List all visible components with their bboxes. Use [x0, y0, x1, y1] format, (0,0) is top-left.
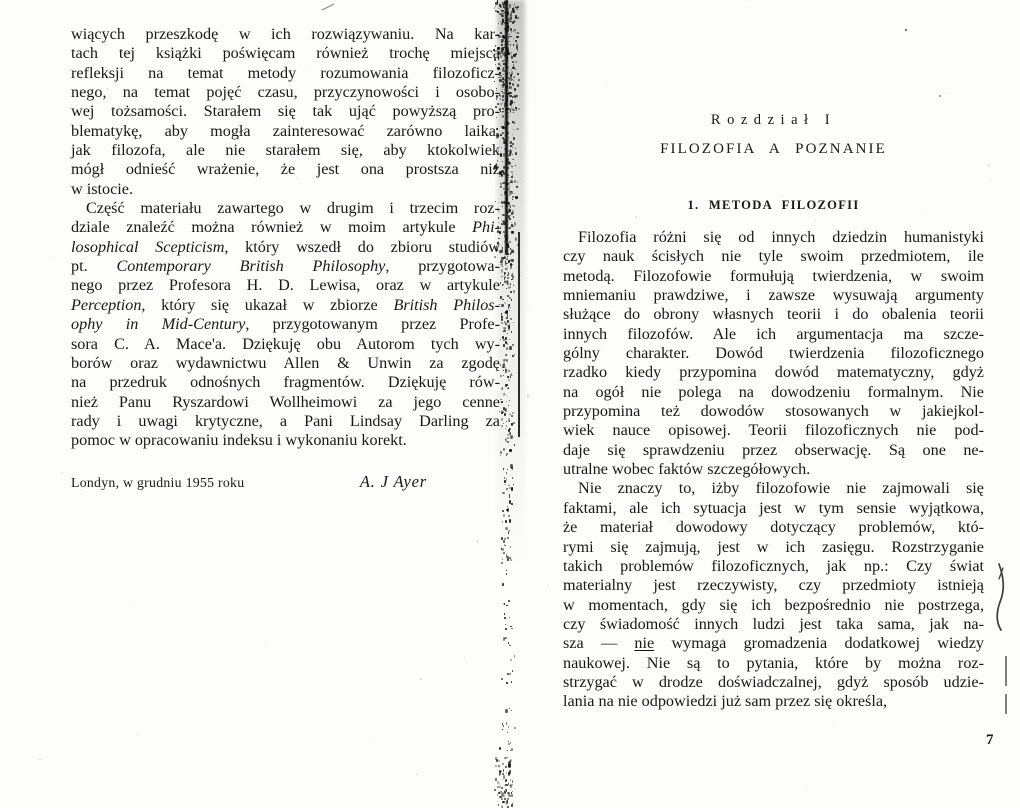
text-line: mniemaniu prawdziwe, i zawsze wysuwają a… — [563, 286, 984, 305]
text-line: że materiał dowodowy dotyczący problemów… — [563, 518, 984, 537]
section-heading: 1. METODA FILOZOFII — [563, 198, 984, 213]
margin-curve-flick — [999, 568, 1003, 579]
text-line: ophy in Mid-Century, przygotowanym przez… — [71, 315, 500, 334]
italic-title-text: Phi- — [472, 218, 500, 236]
paragraph: wiących przeszkodę w ich rozwiązywaniu. … — [71, 25, 500, 199]
text-line: sza — nie wymaga gromadzenia dodatkowej … — [563, 634, 984, 653]
text-segment: , który się ukazał w zbiorze — [141, 296, 393, 314]
text-line: pt. Contemporary British Philosophy, prz… — [71, 257, 500, 276]
text-line: naukowej. Nie są to pytania, które by mo… — [563, 654, 984, 673]
book-scan-spread: wiących przeszkodę w ich rozwiązywaniu. … — [0, 0, 1020, 808]
text-line: na przedruk odnośnych fragmentów. Dzięku… — [71, 373, 500, 392]
text-line: blematykę, aby mogła zainteresować zarów… — [71, 122, 500, 141]
text-line: rady i uwagi krytyczne, a Pani Lindsay D… — [71, 412, 500, 431]
text-line: nież Panu Ryszardowi Wollheimowi za jego… — [71, 393, 500, 412]
text-segment: sza — — [563, 634, 634, 652]
text-line: metodą. Filozofowie formułują twierdzeni… — [563, 267, 984, 286]
page-number: 7 — [986, 732, 994, 749]
text-line: borów oraz wydawnictwu Allen & Unwin za … — [71, 354, 500, 373]
gutter-core-line — [505, 0, 508, 255]
text-line: tach tej książki poświęcam również troch… — [71, 44, 500, 63]
page-left-footer: Londyn, w grudniu 1955 roku A. J Ayer — [71, 472, 427, 492]
text-line: strzygać w drodze doświadczalnej, gdyż s… — [563, 673, 984, 692]
page-right-text: Filozofia różni się od innych dziedzin h… — [563, 228, 984, 712]
text-line: materialny jest rzeczywisty, czy przedmi… — [563, 576, 984, 595]
italic-title-text: Perception — [71, 296, 141, 314]
text-line: mógł odnieść wrażenie, że jest ona prost… — [71, 160, 500, 179]
text-line: na ogół nie polega na dowodzeniu formaln… — [563, 383, 984, 402]
text-line: rzadko kiedy przypomina dowód matematycz… — [563, 363, 984, 382]
underlined-text: nie — [634, 634, 654, 652]
margin-curve-mark — [997, 564, 1003, 630]
text-line: pomoc w opracowaniu indeksu i wykonaniu … — [71, 431, 500, 450]
page-left-text: wiących przeszkodę w ich rozwiązywaniu. … — [71, 25, 500, 451]
text-line: rymi się zajmują, jest w ich zasięgu. Ro… — [563, 538, 984, 557]
text-segment: pt. — [71, 257, 116, 275]
paragraph: Nie znaczy to, iżby filozofowie nie zajm… — [563, 479, 984, 711]
text-line: czy nauk ścisłych nie tyle swoim przedmi… — [563, 247, 984, 266]
italic-title-text: losophical Scepticism — [71, 238, 224, 256]
text-line: nego, na temat pojęć czasu, przyczynowoś… — [71, 83, 500, 102]
text-segment: , przygotowa- — [385, 257, 500, 275]
author-signature: A. J Ayer — [360, 472, 427, 492]
gutter-thin-line — [518, 232, 520, 437]
text-line: przypomina też dowodów stosowanych w jak… — [563, 402, 984, 421]
gutter-haze — [497, 0, 525, 570]
text-line: w istocie. — [71, 180, 500, 199]
text-line: lania na nie odpowiedzi już sam przez si… — [563, 692, 984, 711]
text-line: Filozofia różni się od innych dziedzin h… — [563, 228, 984, 247]
text-segment: wymaga gromadzenia dodatkowej wiedzy — [654, 634, 984, 652]
italic-title-text: British Philos- — [393, 296, 500, 314]
text-line: Nie znaczy to, iżby filozofowie nie zajm… — [563, 479, 984, 498]
text-line: sora C. A. Mace'a. Dziękuję obu Autorom … — [71, 335, 500, 354]
text-segment: , przygotowanym przez Profe- — [245, 315, 500, 333]
stray-dash-mark — [322, 4, 334, 10]
text-segment: , który wszedł do zbioru studiów — [224, 238, 500, 256]
italic-title-text: ophy in Mid-Century — [71, 315, 245, 333]
text-line: w momentach, gdy się ich bezpośrednio ni… — [563, 596, 984, 615]
text-segment: dziale znaleźć można również w moim arty… — [71, 218, 472, 236]
text-line: refleksji na temat metody rozumowania fi… — [71, 64, 500, 83]
text-line: wej tożsamości. Starałem się tak ująć po… — [71, 102, 500, 121]
italic-title-text: Contemporary British Philosophy — [116, 257, 385, 275]
text-line: nego przez Profesora H. D. Lewisa, oraz … — [71, 276, 500, 295]
scan-speck — [905, 29, 907, 31]
scan-speck — [939, 95, 941, 97]
text-line: dziale znaleźć można również w moim arty… — [71, 218, 500, 237]
text-line: faktami, ale ich sytuacja jest w tym sen… — [563, 499, 984, 518]
chapter-title: FILOZOFIA A POZNANIE — [563, 141, 984, 158]
text-line: takich problemów filozoficznych, jak np.… — [563, 557, 984, 576]
text-line: Perception, który się ukazał w zbiorze B… — [71, 296, 500, 315]
text-line: utralne wobec faktów szczegółowych. — [563, 460, 984, 479]
text-line: daje się sprawdzeniu przez obserwację. S… — [563, 441, 984, 460]
text-line: Część materiału zawartego w drugim i trz… — [71, 199, 500, 218]
text-line: czy świadomość innych ludzi jest taka sa… — [563, 615, 984, 634]
text-line: innych filozofów. Ale ich argumentacja m… — [563, 325, 984, 344]
paragraph: Filozofia różni się od innych dziedzin h… — [563, 228, 984, 479]
text-line: losophical Scepticism, który wszedł do z… — [71, 238, 500, 257]
text-line: wiących przeszkodę w ich rozwiązywaniu. … — [71, 25, 500, 44]
text-line: jak filozofa, ale nie starałem się, aby … — [71, 141, 500, 160]
chapter-heading: Rozdział I — [563, 112, 984, 129]
place-date: Londyn, w grudniu 1955 roku — [71, 475, 244, 491]
text-line: służące do obrony własnych teorii i do o… — [563, 305, 984, 324]
text-line: gólny charakter. Dowód twierdzenia filoz… — [563, 344, 984, 363]
text-line: wiek nauce opisowej. Teorii filozoficzny… — [563, 421, 984, 440]
paragraph: Część materiału zawartego w drugim i trz… — [71, 199, 500, 450]
